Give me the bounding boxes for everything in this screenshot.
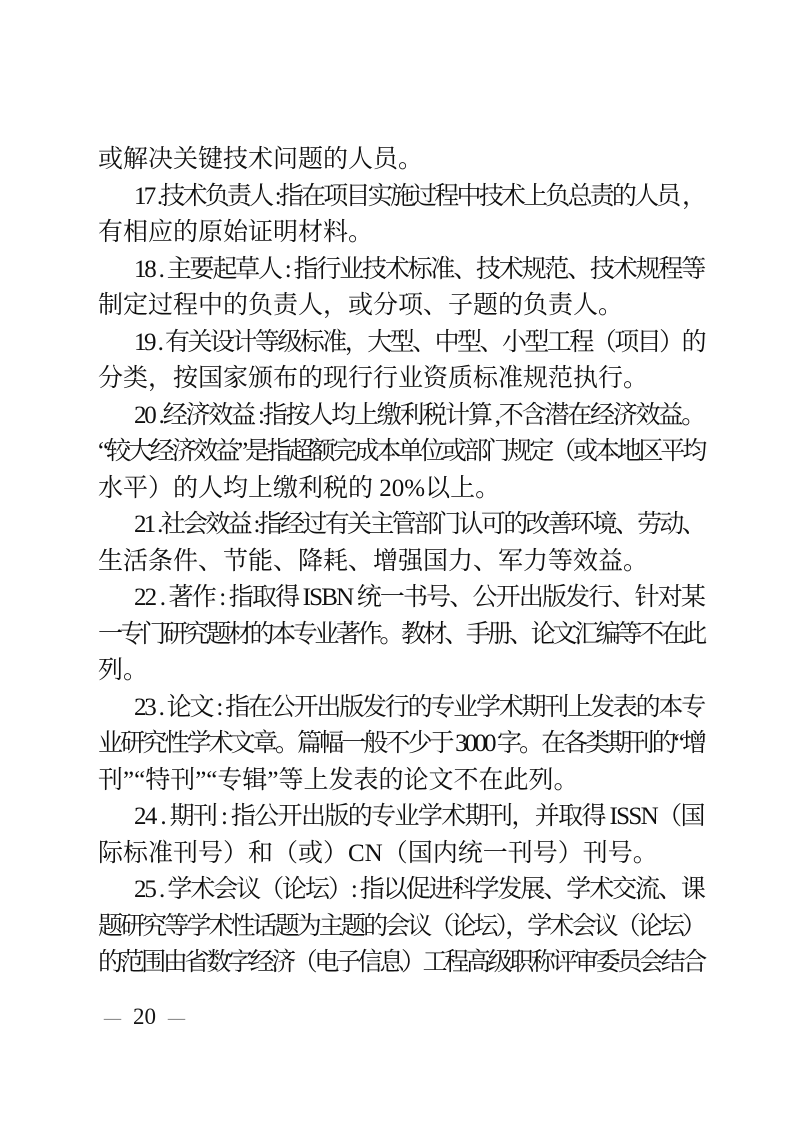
text-line: 题研究等学术性话题为主题的会议（论坛），学术会议（论坛） [98,909,704,946]
text-line-content: 一专门研究题材的本专业著作。教材、手册、论文汇编等不在此 [98,617,704,654]
page-number: 20 [133,1004,156,1030]
text-line: 生活条件、节能、降耗、增强国力、军力等效益。 [98,544,704,581]
text-line-content: 22 . 著作 : 指取得 ISBN 统一书号、公开出版发行、针对某 [134,580,704,617]
text-line: 18 . 主要起草人 : 指行业技术标准、技术规范、技术规程等 [98,252,704,289]
text-line-content: 水平）的人均上缴利税的 20%以上。 [98,471,500,508]
text-line: 刊”“特刊”“专辑”等上发表的论文不在此列。 [98,763,704,800]
text-line-content: 列。 [98,653,148,690]
text-line-content: 或解决关键技术问题的人员。 [98,142,423,179]
text-line-content: 23 . 论文 : 指在公开出版发行的专业学术期刊上发表的本专 [134,690,704,727]
text-line-content: 18 . 主要起草人 : 指行业技术标准、技术规范、技术规程等 [134,252,704,289]
footer-dash-right: — [168,1006,185,1029]
text-line: 17 .技术负责人 :指在项目实施过程中技术上负总责的人员 ， [98,179,704,216]
text-line-content: 25 . 学术会议（论坛）: 指以促进科学发展、学术交流、课 [134,872,704,909]
text-line: 24 . 期刊 : 指公开出版的专业学术期刊，并取得 ISSN（国 [98,799,704,836]
text-line-content: “较大经济效益”是指超额完成本单位或部门规定（或本地区平均 [98,434,704,471]
text-line: 20 .经济效益 :指按人均上缴利税计算 ,不含潜在经济效益。 [98,398,704,435]
text-line-content: 生活条件、节能、降耗、增强国力、军力等效益。 [98,544,648,581]
text-line-content: 分类，按国家颁布的现行行业资质标准规范执行。 [98,361,648,398]
text-line-content: 20 .经济效益 :指按人均上缴利税计算 ,不含潜在经济效益。 [134,398,704,435]
text-line-content: 业研究性学术文章。篇幅一般不少于 3000 字。在各类期刊的“增 [98,726,704,763]
text-line: 21 .社会效益 :指经过有关主管部门认可的改善环境、劳动、 [98,507,704,544]
text-line-content: 24 . 期刊 : 指公开出版的专业学术期刊，并取得 ISSN（国 [134,799,704,836]
text-line: 水平）的人均上缴利税的 20%以上。 [98,471,704,508]
text-line-content: 制定过程中的负责人，或分项、子题的负责人。 [98,288,623,325]
page-footer: — 20 — [101,1001,188,1033]
text-line: 列。 [98,653,704,690]
text-line-content: 的范围由省数字经济（电子信息）工程高级职称评审委员会结合 [98,945,704,982]
text-line: 一专门研究题材的本专业著作。教材、手册、论文汇编等不在此 [98,617,704,654]
text-line-content: 19 . 有关设计等级标准，大型、中型、小型工程（项目）的 [134,325,704,362]
text-line-content: 21 .社会效益 :指经过有关主管部门认可的改善环境、劳动、 [134,507,704,544]
text-line: 业研究性学术文章。篇幅一般不少于 3000 字。在各类期刊的“增 [98,726,704,763]
text-line-content: 际标准刊号）和（或）CN（国内统一刊号）刊号。 [98,836,658,873]
text-line-content: 有相应的原始证明材料。 [98,215,373,252]
text-line: 分类，按国家颁布的现行行业资质标准规范执行。 [98,361,704,398]
text-line: 有相应的原始证明材料。 [98,215,704,252]
text-line: 23 . 论文 : 指在公开出版发行的专业学术期刊上发表的本专 [98,690,704,727]
text-line: 的范围由省数字经济（电子信息）工程高级职称评审委员会结合 [98,945,704,982]
text-line: 19 . 有关设计等级标准，大型、中型、小型工程（项目）的 [98,325,704,362]
document-page: 或解决关键技术问题的人员。17 .技术负责人 :指在项目实施过程中技术上负总责的… [0,0,793,1122]
text-line: 或解决关键技术问题的人员。 [98,142,704,179]
text-line: 际标准刊号）和（或）CN（国内统一刊号）刊号。 [98,836,704,873]
text-line-content: 17 .技术负责人 :指在项目实施过程中技术上负总责的人员 ， [134,179,704,216]
text-line: 22 . 著作 : 指取得 ISBN 统一书号、公开出版发行、针对某 [98,580,704,617]
footer-dash-left: — [104,1006,121,1029]
text-line-content: 题研究等学术性话题为主题的会议（论坛），学术会议（论坛） [98,909,704,946]
document-body: 或解决关键技术问题的人员。17 .技术负责人 :指在项目实施过程中技术上负总责的… [98,142,704,982]
text-line: 25 . 学术会议（论坛）: 指以促进科学发展、学术交流、课 [98,872,704,909]
text-line: 制定过程中的负责人，或分项、子题的负责人。 [98,288,704,325]
text-line-content: 刊”“特刊”“专辑”等上发表的论文不在此列。 [98,763,578,800]
text-line: “较大经济效益”是指超额完成本单位或部门规定（或本地区平均 [98,434,704,471]
